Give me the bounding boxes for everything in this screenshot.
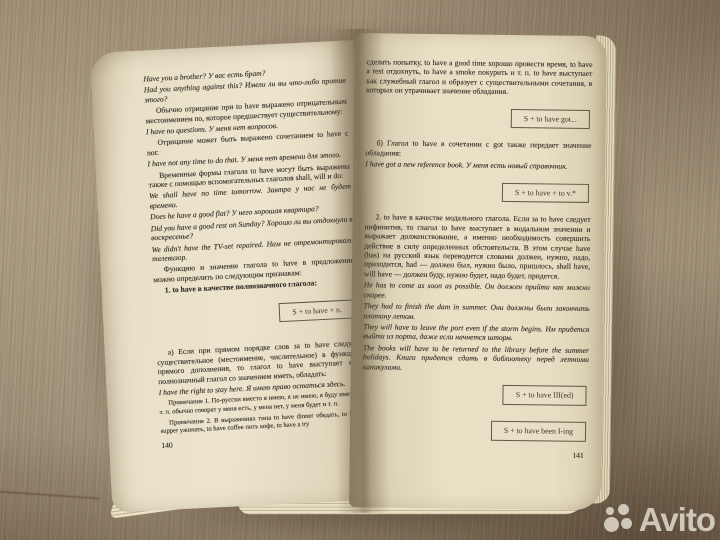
avito-watermark: Avito bbox=[604, 504, 715, 536]
right-page-text-column: сделать попытку, to have a good time хор… bbox=[362, 57, 593, 462]
example-sentence: The books will have to be returned to th… bbox=[363, 343, 589, 374]
example-sentence: I have got a new reference book. У меня … bbox=[365, 159, 591, 171]
formula-text: S + to have + n. bbox=[279, 299, 355, 322]
avito-brand-text: Avito bbox=[639, 504, 715, 536]
example-sentence: He has to come as soon as possible. Он д… bbox=[364, 280, 590, 302]
open-book: Have you a brother? У вас есть брат? Had… bbox=[92, 21, 621, 520]
formula-box: S + to have III(ed) bbox=[362, 383, 586, 406]
formula-box: S + to have got... bbox=[366, 107, 590, 130]
body-paragraph: б) Глагол to have в сочетании с got такж… bbox=[365, 139, 591, 161]
formula-text: S + to have III(ed) bbox=[503, 385, 587, 406]
formula-text: S + to have got... bbox=[511, 109, 590, 130]
formula-text: S + to have + to v.* bbox=[502, 183, 589, 204]
left-page: Have you a brother? У вас есть брат? Had… bbox=[90, 40, 376, 512]
example-sentence: They will have to leave the port even if… bbox=[363, 322, 589, 344]
formula-text: S + to have been I-ing bbox=[491, 421, 586, 442]
formula-box: S + to have been I-ing bbox=[362, 419, 586, 442]
example-sentence: They had to finish the dam in summer. Он… bbox=[363, 301, 589, 323]
photo-scene: Have you a brother? У вас есть брат? Had… bbox=[0, 0, 720, 540]
page-number-right: 141 bbox=[362, 448, 588, 461]
right-page: сделать попытку, to have a good time хор… bbox=[349, 33, 607, 510]
body-paragraph-continued: сделать попытку, to have a good time хор… bbox=[366, 57, 592, 97]
formula-box: S + to have + n. bbox=[155, 299, 356, 329]
avito-logo-icon bbox=[604, 504, 636, 536]
left-page-text-column: Have you a brother? У вас есть брат? Had… bbox=[143, 63, 363, 454]
formula-box: S + to have + to v.* bbox=[365, 181, 589, 204]
body-paragraph: 2. to have в качестве модального глагола… bbox=[364, 213, 591, 282]
